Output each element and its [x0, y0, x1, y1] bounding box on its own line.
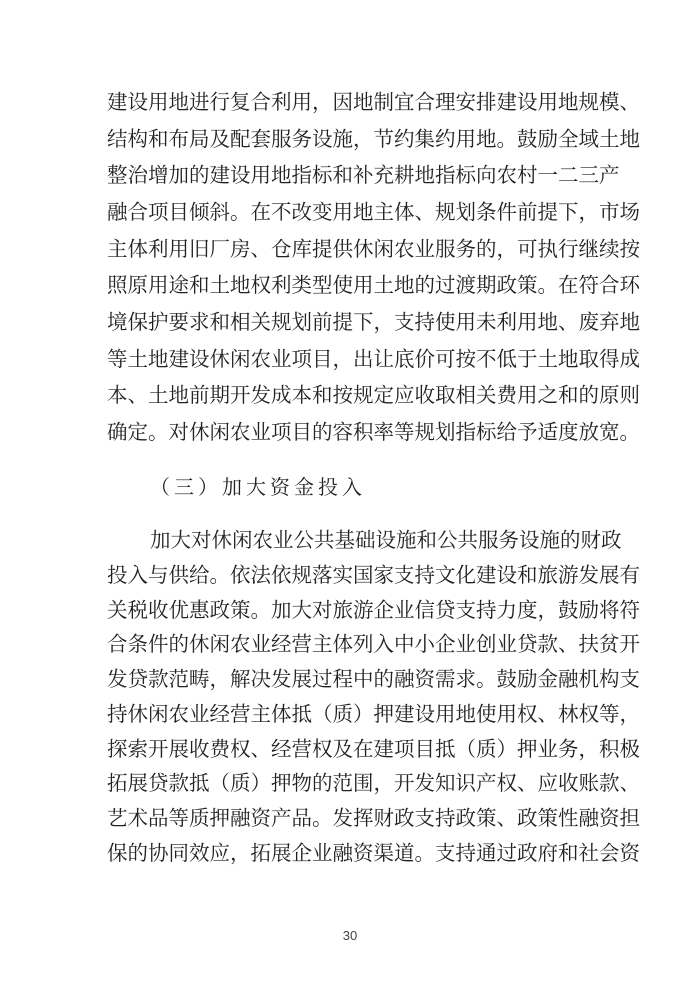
text-line: 建设用地进行复合利用，因地制宜合理安排建设用地规模、: [107, 87, 597, 117]
text-line: 持休闲农业经营主体抵（质）押建设用地使用权、林权等，: [107, 699, 597, 729]
text-line: 艺术品等质押融资产品。发挥财政支持政策、政策性融资担: [107, 803, 597, 833]
text-line: 投入与供给。依法依规落实国家支持文化建设和旅游发展有: [107, 560, 597, 590]
text-line: 结构和布局及配套服务设施，节约集约用地。鼓励全域土地: [107, 124, 597, 154]
text-line: 探索开展收费权、经营权及在建项目抵（质）押业务，积极: [107, 734, 597, 764]
text-line: 整治增加的建设用地指标和补充耕地指标向农村一二三产: [107, 160, 597, 190]
text-line: 确定。对休闲农业项目的容积率等规划指标给予适度放宽。: [107, 417, 597, 447]
text-line: 照原用途和土地权利类型使用土地的过渡期政策。在符合环: [107, 270, 597, 300]
text-line: 加大对休闲农业公共基础设施和公共服务设施的财政: [150, 525, 597, 555]
text-line: 境保护要求和相关规划前提下，支持使用未利用地、废弃地: [107, 307, 597, 337]
text-line: 合条件的休闲农业经营主体列入中小企业创业贷款、扶贫开: [107, 629, 597, 659]
section-heading: （三）加大资金投入: [150, 472, 366, 502]
page-number: 30: [0, 928, 700, 943]
text-line: 拓展贷款抵（质）押物的范围，开发知识产权、应收账款、: [107, 768, 597, 798]
text-line: 本、土地前期开发成本和按规定应收取相关费用之和的原则: [107, 380, 597, 410]
text-line: 等土地建设休闲农业项目，出让底价可按不低于土地取得成: [107, 344, 597, 374]
text-line: 保的协同效应，拓展企业融资渠道。支持通过政府和社会资: [107, 838, 597, 868]
text-line: 关税收优惠政策。加大对旅游企业信贷支持力度，鼓励将符: [107, 595, 597, 625]
text-line: 发贷款范畴，解决发展过程中的融资需求。鼓励金融机构支: [107, 664, 597, 694]
text-line: 融合项目倾斜。在不改变用地主体、规划条件前提下，市场: [107, 197, 597, 227]
text-line: 主体利用旧厂房、仓库提供休闲农业服务的，可执行继续按: [107, 234, 597, 264]
document-page: 建设用地进行复合利用，因地制宜合理安排建设用地规模、 结构和布局及配套服务设施，…: [0, 0, 700, 990]
